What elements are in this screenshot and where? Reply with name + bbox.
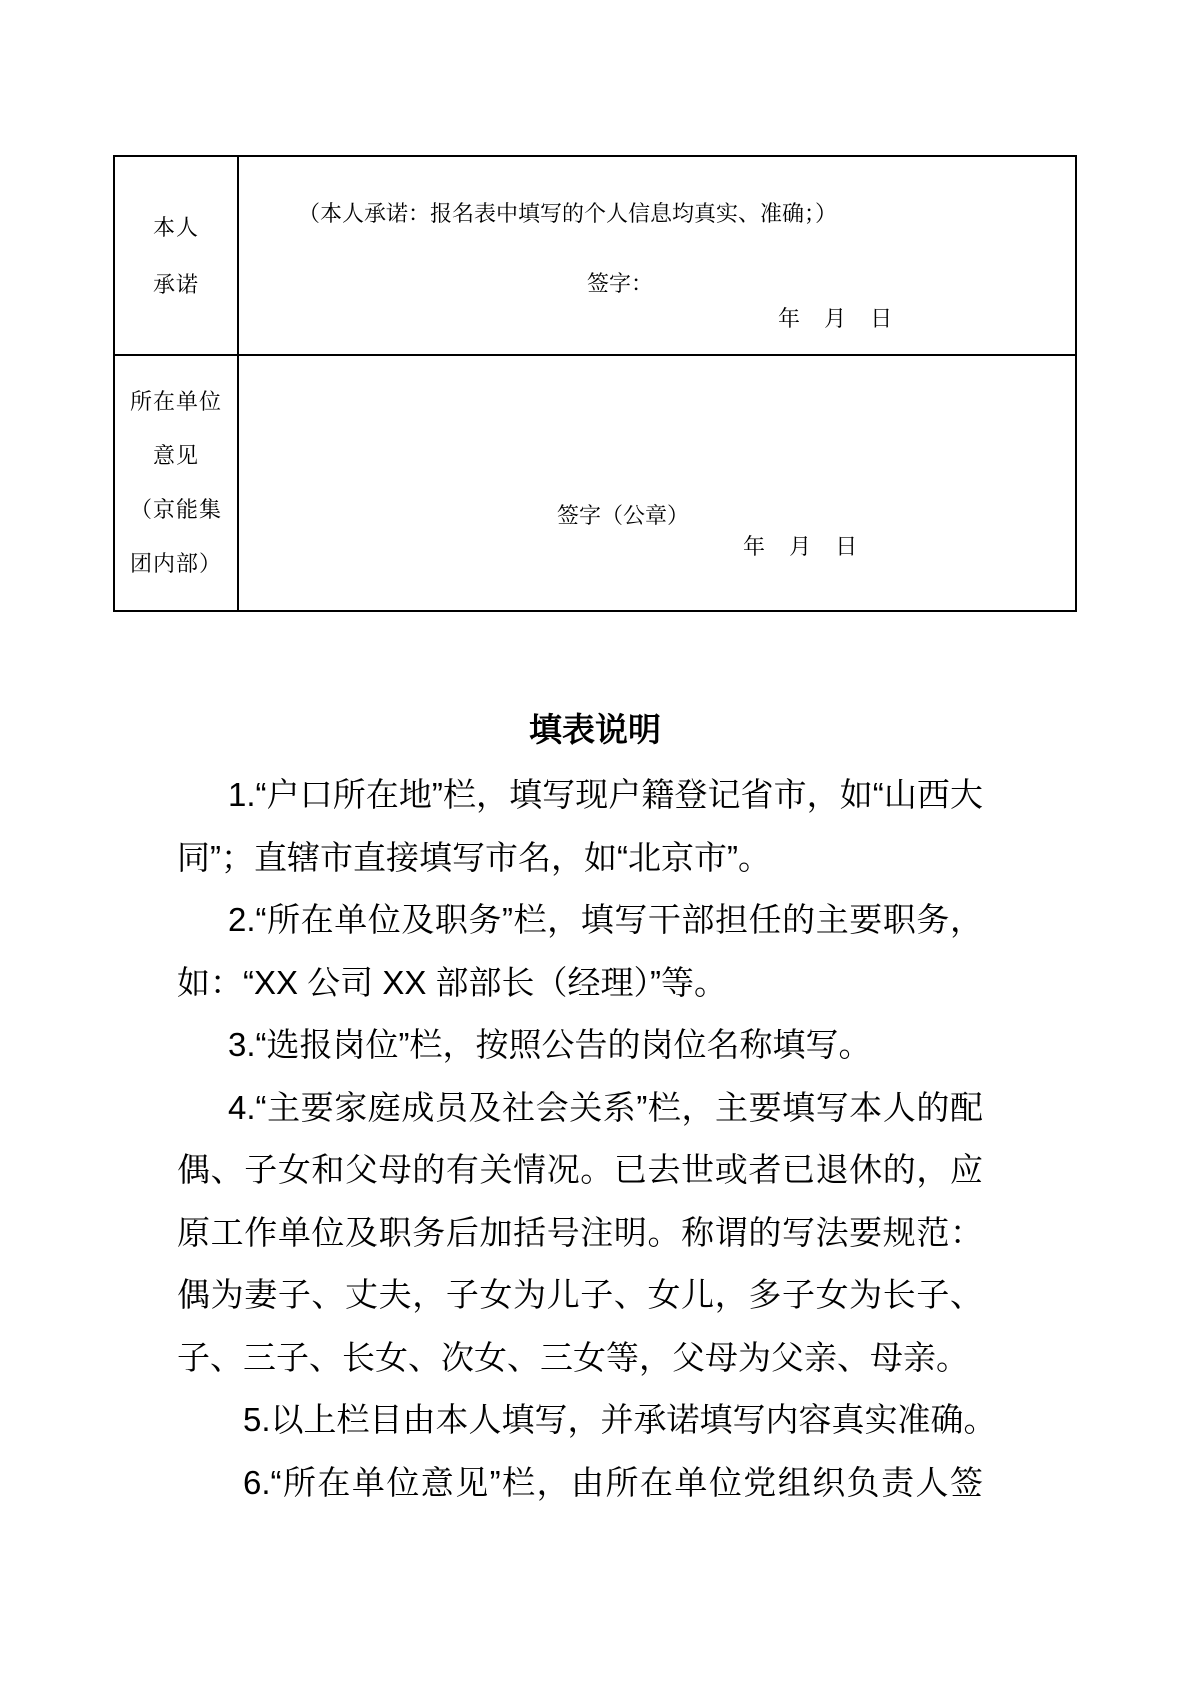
instruction-line: 6.“所在单位意见”栏，由所在单位党组织负责人签署意	[177, 1452, 983, 1515]
instruction-line: 4.“主要家庭成员及社会关系”栏，主要填写本人的配	[177, 1077, 983, 1140]
row-body-personal-commitment: （本人承诺：报名表中填写的个人信息均真实、准确；） 签字： 年 月 日	[239, 157, 1075, 354]
date-label: 年 月 日	[743, 534, 857, 560]
table-row-unit-opinion: 所在单位 意见 （京能集 团内部） 签字（公章） 年 月 日	[115, 356, 1075, 610]
instructions-text: 1.“户口所在地”栏，填写现户籍登记省市，如“山西大 同”；直辖市直接填写市名，…	[177, 764, 983, 1514]
date-label: 年 月 日	[778, 306, 892, 332]
instruction-line: 如：“XX 公司 XX 部部长（经理）”等。	[177, 952, 983, 1015]
header-line: 团内部）	[130, 537, 222, 591]
instruction-line: 子、三子、长女、次女、三女等，父母为父亲、母亲。	[177, 1327, 983, 1390]
header-line: 所在单位	[130, 375, 222, 429]
instruction-line: 5.以上栏目由本人填写，并承诺填写内容真实准确。	[177, 1389, 983, 1452]
instruction-line: 同”；直辖市直接填写市名，如“北京市”。	[177, 827, 983, 890]
header-line: 承诺	[153, 256, 199, 313]
instruction-line: 1.“户口所在地”栏，填写现户籍登记省市，如“山西大	[177, 764, 983, 827]
row-body-unit-opinion: 签字（公章） 年 月 日	[239, 356, 1075, 610]
instructions-title: 填表说明	[0, 710, 1190, 750]
instruction-line: 3.“选报岗位”栏，按照公告的岗位名称填写。	[177, 1014, 983, 1077]
signature-seal-label: 签字（公章）	[557, 503, 689, 529]
document-page: 本人 承诺 （本人承诺：报名表中填写的个人信息均真实、准确；） 签字： 年 月 …	[0, 0, 1190, 1683]
table-row-personal-commitment: 本人 承诺 （本人承诺：报名表中填写的个人信息均真实、准确；） 签字： 年 月 …	[115, 157, 1075, 356]
header-line: （京能集	[130, 483, 222, 537]
instruction-line: 2.“所在单位及职务”栏，填写干部担任的主要职务，	[177, 889, 983, 952]
commitment-table: 本人 承诺 （本人承诺：报名表中填写的个人信息均真实、准确；） 签字： 年 月 …	[113, 155, 1077, 612]
instruction-line: 原工作单位及职务后加括号注明。称谓的写法要规范：配	[177, 1202, 983, 1265]
header-line: 意见	[153, 429, 199, 483]
header-line: 本人	[153, 199, 199, 256]
signature-label: 签字：	[587, 271, 653, 297]
instruction-line: 偶为妻子、丈夫，子女为儿子、女儿，多子女为长子、次	[177, 1264, 983, 1327]
row-header-unit-opinion: 所在单位 意见 （京能集 团内部）	[115, 356, 239, 610]
row-header-personal-commitment: 本人 承诺	[115, 157, 239, 354]
commitment-statement: （本人承诺：报名表中填写的个人信息均真实、准确；）	[298, 201, 837, 227]
instruction-line: 偶、子女和父母的有关情况。已去世或者已退休的，应在	[177, 1139, 983, 1202]
